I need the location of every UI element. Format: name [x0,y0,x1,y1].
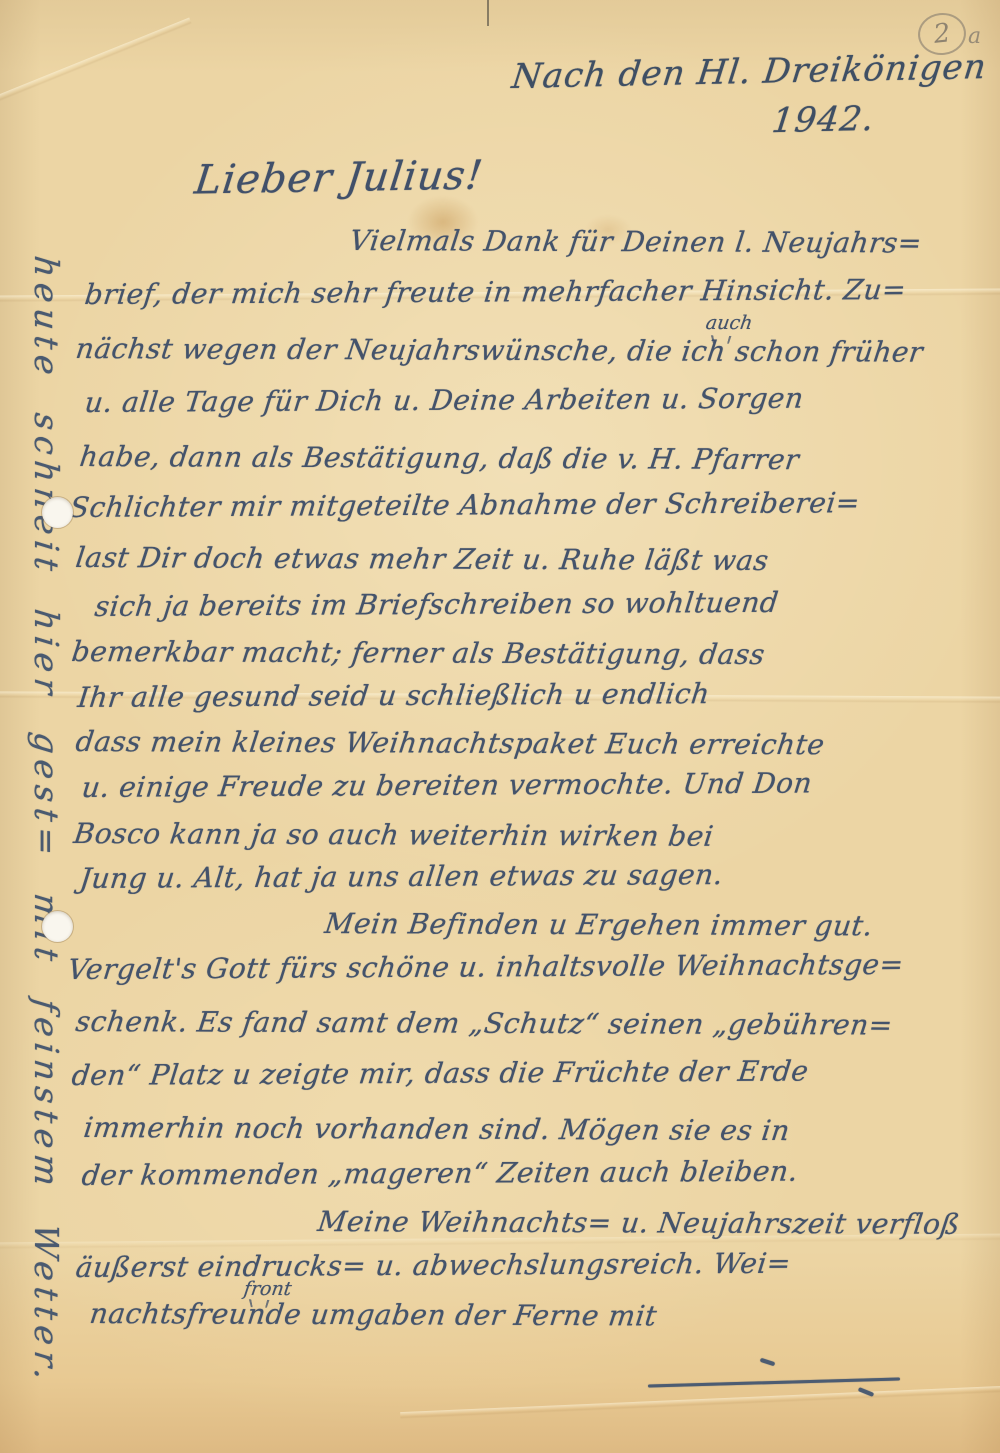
letter-line: Bosco kann ja so auch weiterhin wirken b… [72,817,716,853]
dateline-year: 1942. [770,99,877,141]
fold-crease [400,1384,1000,1419]
insertion-word: auch [704,312,754,334]
letter-line: äußerst eindrucks= u. abwechslungsreich.… [74,1247,793,1284]
insertion-caret [249,1299,270,1307]
scan-mark [487,0,489,26]
letter-line: u. einige Freude zu bereiten vermochte. … [80,767,814,804]
insertion-caret [711,335,732,343]
page-number-suffix: a [968,24,981,49]
letter-line: dass mein kleines Weihnachtspaket Euch e… [74,725,827,761]
bottom-pen-stroke [648,1377,900,1387]
letter-line: bemerkbar macht; ferner als Bestätigung,… [70,635,767,671]
letter-line: last Dir doch etwas mehr Zeit u. Ruhe lä… [74,541,771,577]
letter-line: schenk. Es fand samt dem „Schutz“ seinen… [74,1005,895,1042]
letter-page: 2 a Nach den Hl. Dreikönigen 1942. Liebe… [0,0,1000,1453]
letter-line: Jung u. Alt, hat ja uns allen etwas zu s… [78,858,725,895]
letter-line: Meine Weihnachts= u. Neujahrszeit verflo… [316,1205,962,1241]
letter-line: u. alle Tage für Dich u. Deine Arbeiten … [83,382,805,419]
margin-note: heute schneit hier gest= mit feinstem We… [27,254,66,1388]
dateline-place: Nach den Hl. Dreikönigen [510,47,989,97]
letter-line: Schlichter mir mitgeteilte Abnahme der S… [68,486,862,524]
letter-line: Mein Befinden u Ergehen immer gut. [323,907,875,942]
page-number: 2 [932,18,952,50]
letter-line: habe, dann als Bestätigung, daß die v. H… [78,440,801,476]
letter-line: nachtsfreunde umgaben der Ferne mit [88,1297,659,1332]
letter-line: der kommenden „mageren“ Zeiten auch blei… [80,1155,800,1192]
letter-line: Vergelt's Gott fürs schöne u. inhaltsvol… [66,948,905,986]
letter-line: den“ Platz u zeigte mir, dass die Frücht… [70,1054,810,1092]
letter-line: Ihr alle gesund seid u schließlich u end… [76,677,712,714]
insertion-word: front [242,1278,293,1300]
letter-line: Vielmals Dank für Deinen l. Neujahrs= [348,224,924,259]
punch-hole-top [42,497,73,528]
letter-line: brief, der mich sehr freute in mehrfache… [83,273,908,311]
salutation: Lieber Julius! [192,152,486,203]
letter-line: immerhin noch vorhanden sind. Mögen sie … [82,1111,792,1147]
letter-line: nächst wegen der Neujahrswünsche, die ic… [74,332,925,369]
fold-crease [0,18,192,122]
pen-dash [760,1358,776,1366]
pen-dash [858,1387,874,1397]
punch-hole-bottom [42,911,73,942]
letter-line: sich ja bereits im Briefschreiben so woh… [93,586,780,623]
